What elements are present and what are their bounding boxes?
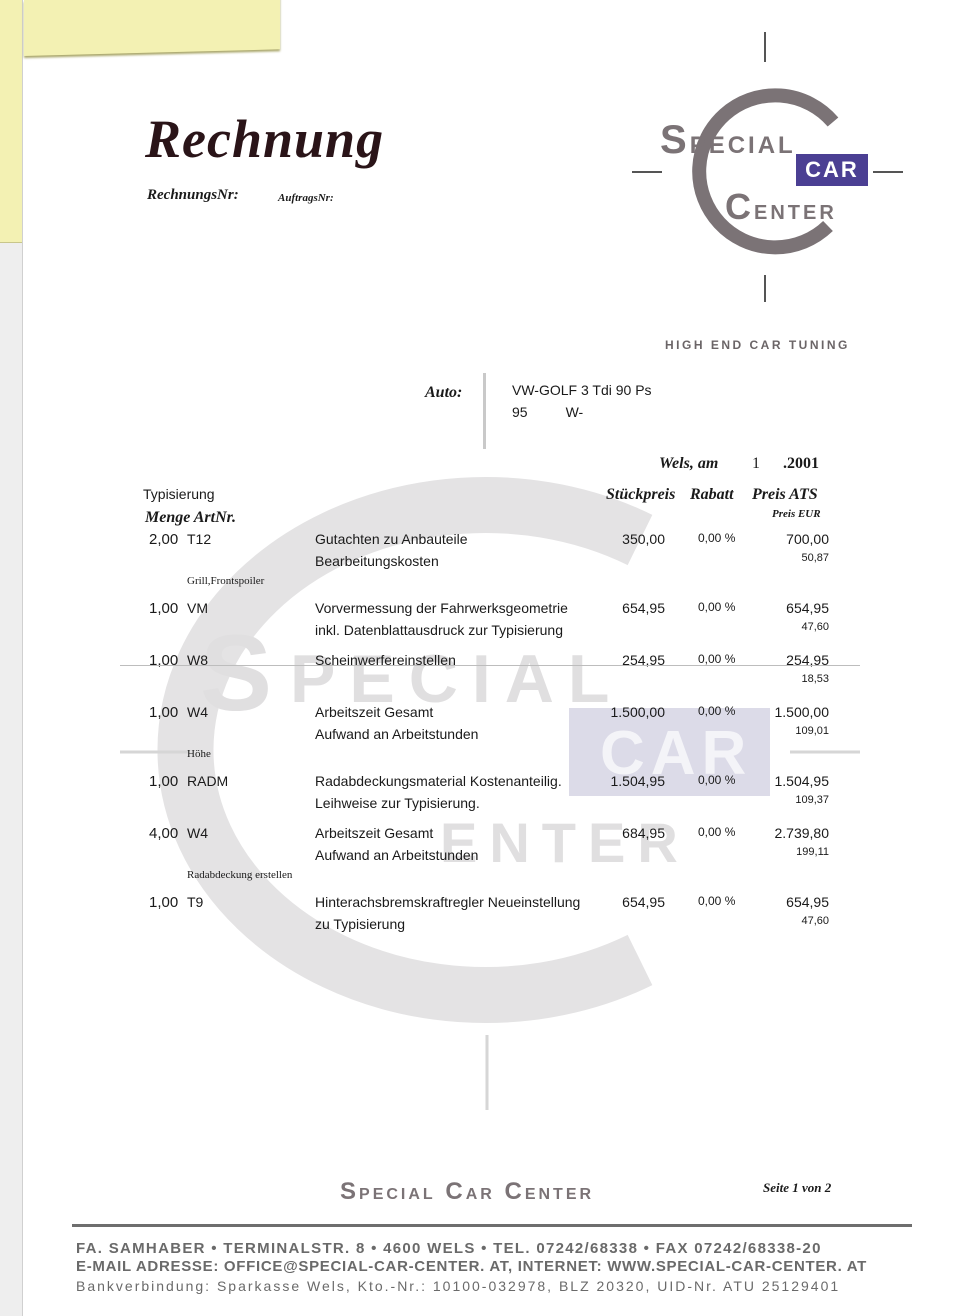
- vehicle-model: VW-GOLF 3 Tdi 90 Ps: [512, 382, 652, 398]
- table-row: 1,00W4Arbeitszeit GesamtAufwand an Arbei…: [0, 703, 957, 763]
- item-discount: 0,00 %: [698, 652, 735, 666]
- page-number: Seite 1 von 2: [763, 1180, 831, 1196]
- table-row: 1,00RADMRadabdeckungsmaterial Kostenante…: [0, 772, 957, 832]
- item-discount: 0,00 %: [698, 600, 735, 614]
- item-price-eur: 18,53: [801, 673, 829, 685]
- item-description-line1: Hinterachsbremskraftregler Neueinstellun…: [315, 891, 580, 913]
- header-price-eur: Preis EUR: [772, 508, 821, 520]
- item-discount: 0,00 %: [698, 704, 735, 718]
- item-description: Radabdeckungsmaterial Kostenanteilig.Lei…: [315, 770, 562, 814]
- item-description-line1: Arbeitszeit Gesamt: [315, 701, 478, 723]
- item-description: Hinterachsbremskraftregler Neueinstellun…: [315, 891, 580, 935]
- sticky-note-side: [0, 0, 22, 243]
- header-unit-price: Stückpreis: [606, 486, 675, 504]
- footer-brand: SPECIAL CAR CENTER: [340, 1178, 594, 1206]
- table-row: 1,00VMVorvermessung der Fahrwerksgeometr…: [0, 599, 957, 659]
- vehicle-divider: [483, 373, 486, 449]
- item-price-eur: 47,60: [801, 621, 829, 633]
- item-description-line2: zu Typisierung: [315, 913, 580, 935]
- item-description: Arbeitszeit GesamtAufwand an Arbeitstund…: [315, 822, 478, 866]
- header-price-ats: Preis ATS: [752, 486, 818, 504]
- item-unit-price: 1.500,00: [611, 704, 666, 720]
- item-discount: 0,00 %: [698, 894, 735, 908]
- item-unit-price: 1.504,95: [611, 773, 666, 789]
- item-article-number: T12: [187, 531, 211, 547]
- company-logo: SPECIAL CAR CENTER: [620, 30, 920, 360]
- item-price-ats: 2.739,80: [775, 825, 830, 841]
- item-price-eur: 109,37: [795, 794, 829, 806]
- item-description: Vorvermessung der Fahrwerksgeometrieinkl…: [315, 597, 568, 641]
- logo-special: SPECIAL: [660, 118, 796, 163]
- footer-divider: [72, 1224, 912, 1227]
- item-article-number: T9: [187, 894, 203, 910]
- table-row: 1,00T9Hinterachsbremskraftregler Neueins…: [0, 893, 957, 953]
- vehicle-label: Auto:: [425, 384, 462, 402]
- item-description-line1: Arbeitszeit Gesamt: [315, 822, 478, 844]
- item-price-eur: 47,60: [801, 915, 829, 927]
- date-year: .2001: [783, 455, 819, 473]
- header-discount: Rabatt: [690, 486, 734, 504]
- footer-address: FA. SAMHABER • TERMINALSTR. 8 • 4600 WEL…: [76, 1240, 822, 1257]
- sticky-note-top: [24, 0, 280, 56]
- item-description-line2: Aufwand an Arbeitstunden: [315, 723, 478, 745]
- item-quantity: 2,00: [149, 531, 178, 548]
- item-unit-price: 654,95: [622, 894, 665, 910]
- header-qty-art: Menge ArtNr.: [145, 509, 236, 527]
- logo-tagline: HIGH END CAR TUNING: [665, 338, 850, 352]
- item-unit-price: 654,95: [622, 600, 665, 616]
- item-price-eur: 50,87: [801, 552, 829, 564]
- paper-fold-crease: [120, 665, 860, 666]
- item-article-number: RADM: [187, 773, 228, 789]
- table-row: 1,00W8Scheinwerfereinstellen254,950,00 %…: [0, 651, 957, 711]
- item-price-ats: 700,00: [786, 531, 829, 547]
- item-description-line1: Radabdeckungsmaterial Kostenanteilig.: [315, 770, 562, 792]
- item-price-eur: 109,01: [795, 725, 829, 737]
- table-row: 4,00W4Arbeitszeit GesamtAufwand an Arbei…: [0, 824, 957, 884]
- item-price-eur: 199,11: [796, 846, 829, 858]
- item-quantity: 1,00: [149, 600, 178, 617]
- item-unit-price: 350,00: [622, 531, 665, 547]
- date-label: Wels, am: [659, 455, 718, 473]
- item-quantity: 1,00: [149, 773, 178, 790]
- item-article-number: W4: [187, 825, 208, 841]
- item-quantity: 1,00: [149, 704, 178, 721]
- logo-center: CENTER: [725, 186, 837, 228]
- item-description-line2: Aufwand an Arbeitstunden: [315, 844, 478, 866]
- item-description: Arbeitszeit GesamtAufwand an Arbeitstund…: [315, 701, 478, 745]
- date-day: 1: [752, 455, 760, 473]
- table-row: 2,00T12Gutachten zu AnbauteileBearbeitun…: [0, 530, 957, 590]
- item-note: Grill,Frontspoiler: [187, 575, 264, 587]
- item-description: Gutachten zu AnbauteileBearbeitungskoste…: [315, 528, 468, 572]
- vehicle-details: 95W-: [512, 404, 621, 420]
- item-quantity: 1,00: [149, 894, 178, 911]
- item-article-number: W4: [187, 704, 208, 720]
- invoice-number-label: RechnungsNr:: [147, 187, 239, 204]
- item-discount: 0,00 %: [698, 773, 735, 787]
- item-note: Höhe: [187, 748, 211, 760]
- item-description-line2: Bearbeitungskosten: [315, 550, 468, 572]
- item-article-number: VM: [187, 600, 208, 616]
- item-discount: 0,00 %: [698, 531, 735, 545]
- item-price-ats: 654,95: [786, 600, 829, 616]
- item-discount: 0,00 %: [698, 825, 735, 839]
- item-note: Radabdeckung erstellen: [187, 869, 292, 881]
- document-title: Rechnung: [145, 108, 384, 170]
- item-description-line2: inkl. Datenblattausdruck zur Typisierung: [315, 619, 568, 641]
- item-price-ats: 1.500,00: [775, 704, 830, 720]
- item-description-line1: Vorvermessung der Fahrwerksgeometrie: [315, 597, 568, 619]
- item-quantity: 1,00: [149, 652, 178, 669]
- item-description-line2: Leihweise zur Typisierung.: [315, 792, 562, 814]
- item-quantity: 4,00: [149, 825, 178, 842]
- footer-contact: E-MAIL ADRESSE: OFFICE@SPECIAL-CAR-CENTE…: [76, 1258, 867, 1275]
- item-description: Scheinwerfereinstellen: [315, 649, 456, 671]
- order-number-label: AuftragsNr:: [278, 192, 334, 204]
- item-price-ats: 654,95: [786, 894, 829, 910]
- section-label: Typisierung: [143, 486, 215, 502]
- item-price-ats: 1.504,95: [775, 773, 830, 789]
- item-description-line1: Gutachten zu Anbauteile: [315, 528, 468, 550]
- footer-bank: Bankverbindung: Sparkasse Wels, Kto.-Nr.…: [76, 1278, 840, 1294]
- logo-car-badge: CAR: [796, 154, 868, 186]
- item-description-line1: Scheinwerfereinstellen: [315, 649, 456, 671]
- item-unit-price: 684,95: [622, 825, 665, 841]
